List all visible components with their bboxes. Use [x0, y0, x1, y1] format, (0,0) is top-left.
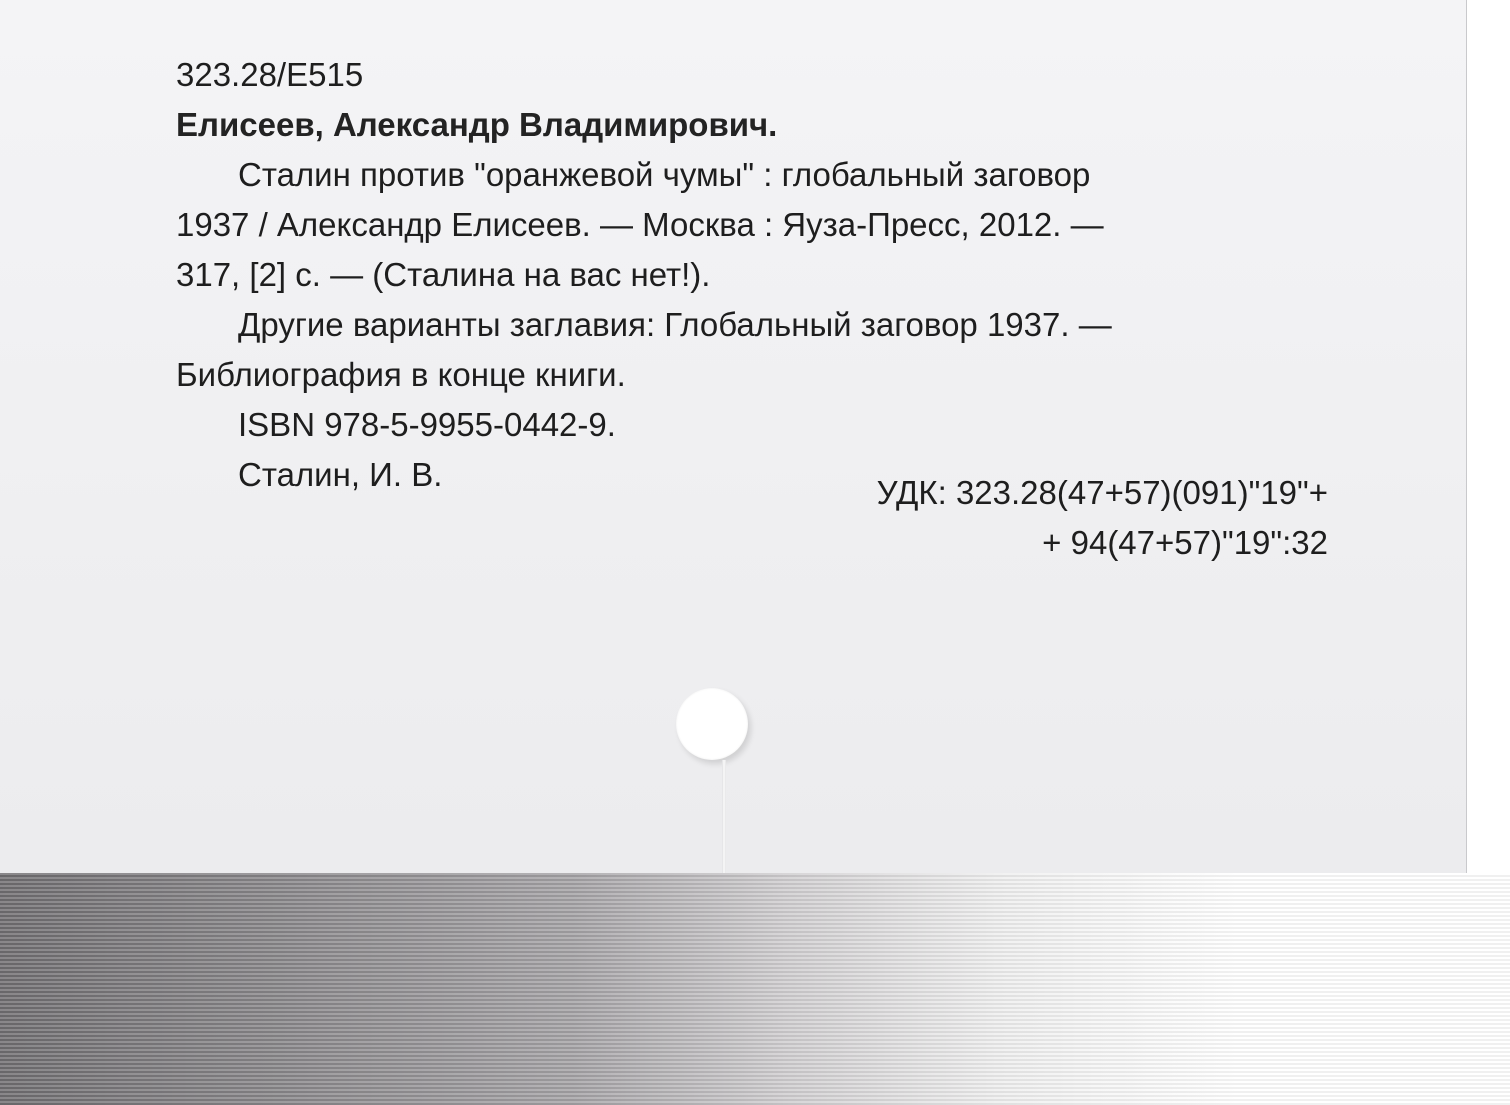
call-number: 323.28/Е515: [176, 50, 1112, 100]
udk-line-1: УДК: 323.28(47+57)(091)"19"+: [877, 468, 1328, 518]
notes-line-1: Другие варианты заглавия: Глобальный заг…: [176, 300, 1112, 350]
title-line-3: 317, [2] с. — (Сталина на вас нет!).: [176, 250, 1112, 300]
paper-crease: [722, 760, 726, 873]
punch-hole: [676, 688, 748, 760]
author-heading: Елисеев, Александр Владимирович.: [176, 100, 1112, 150]
udk-classification: УДК: 323.28(47+57)(091)"19"+ + 94(47+57)…: [877, 468, 1328, 568]
isbn: ISBN 978-5-9955-0442-9.: [176, 400, 1112, 450]
udk-line-2: + 94(47+57)"19":32: [877, 518, 1328, 568]
card-body: 323.28/Е515 Елисеев, Александр Владимиро…: [176, 50, 1112, 500]
catalog-card: 323.28/Е515 Елисеев, Александр Владимиро…: [0, 0, 1466, 873]
notes-line-2: Библиография в конце книги.: [176, 350, 1112, 400]
scanner-background: [0, 873, 1510, 1105]
title-line-1: Сталин против "оранжевой чумы" : глобаль…: [176, 150, 1112, 200]
title-line-2: 1937 / Александр Елисеев. — Москва : Яуз…: [176, 200, 1112, 250]
